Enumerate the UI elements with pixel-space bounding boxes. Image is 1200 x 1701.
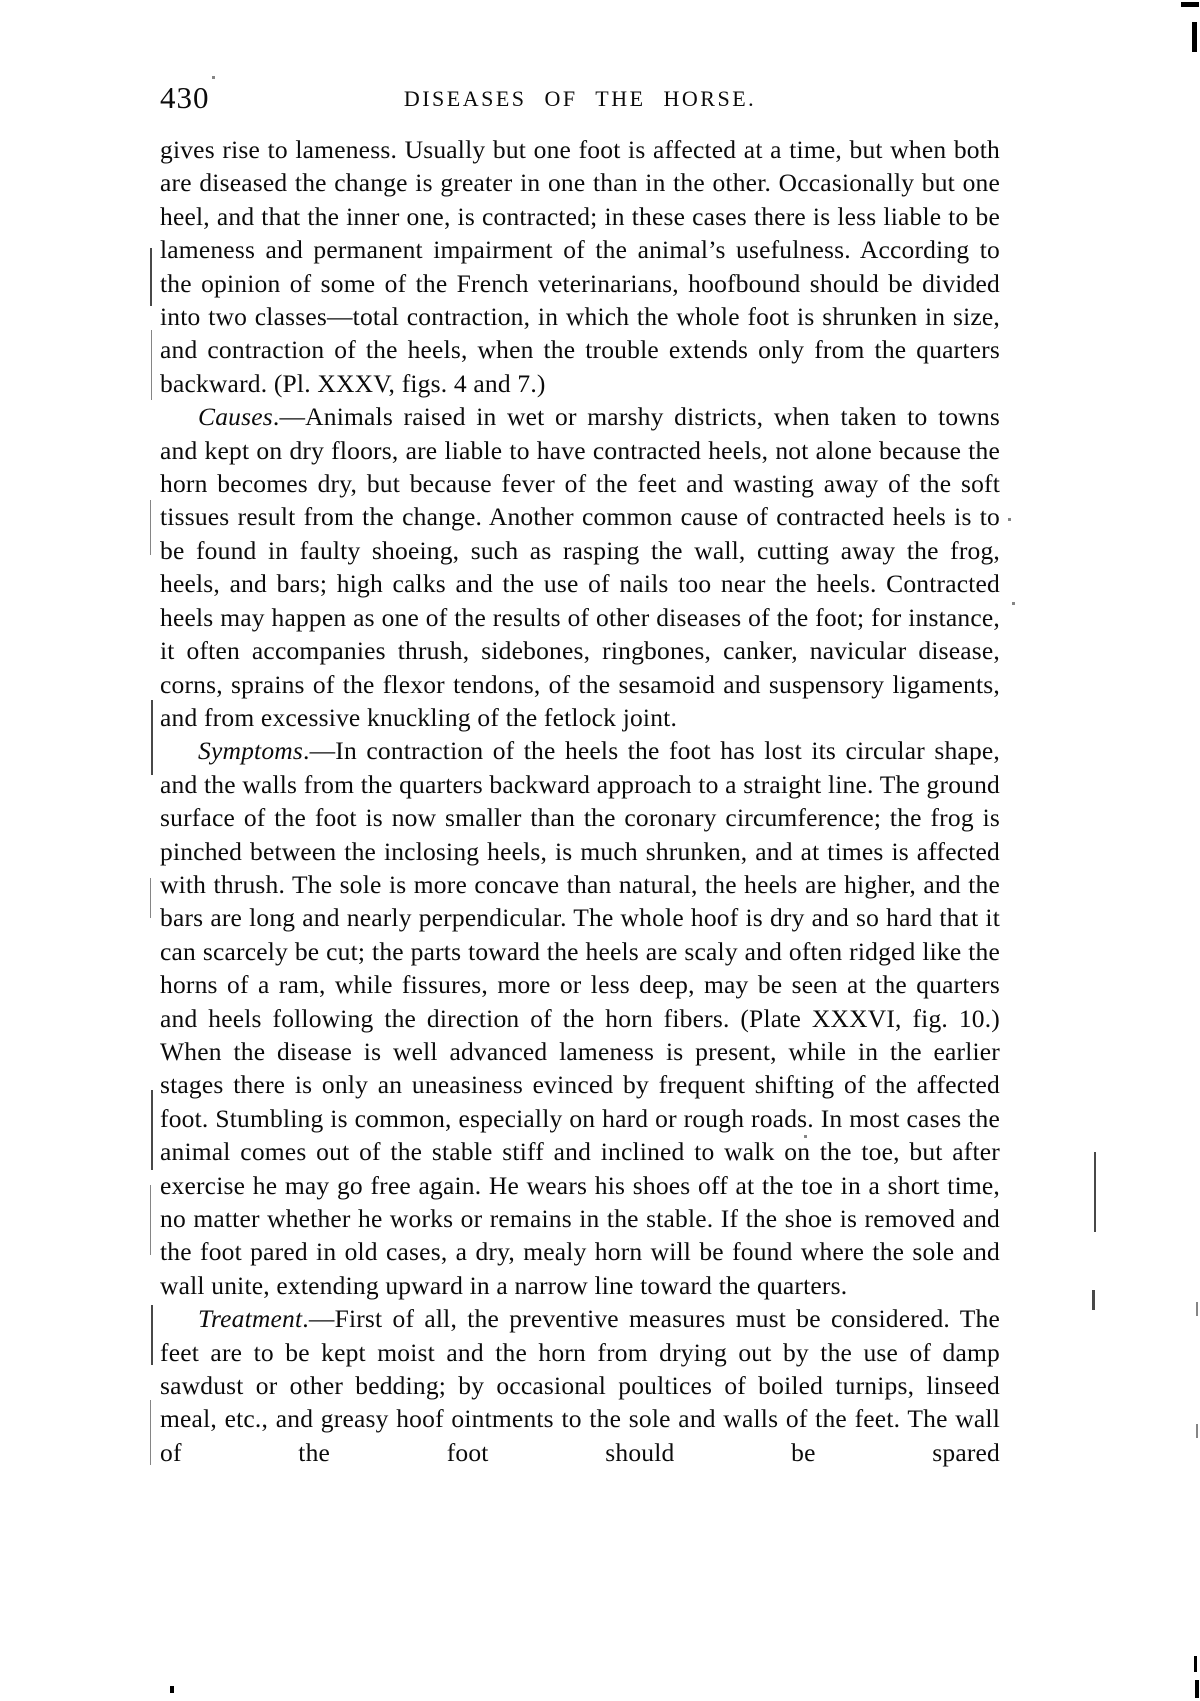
scan-artifact-left-edge [151, 700, 153, 775]
scanned-book-page: 430 DISEASES OF THE HORSE. gives rise to… [0, 0, 1200, 1701]
page-number: 430 [160, 80, 210, 116]
scan-artifact-right-line [1094, 1152, 1096, 1232]
scan-artifact-right-mark [1194, 1656, 1197, 1672]
scan-artifact-left-edge [151, 330, 152, 400]
scan-artifact-corner-mark [1181, 2, 1199, 7]
paragraph-lead: Causes [198, 402, 273, 431]
paragraph-separator: .— [273, 402, 305, 431]
scan-artifact-dot [804, 1135, 807, 1138]
paragraph-separator: .— [303, 736, 335, 765]
scan-artifact-right-mark [1092, 1290, 1095, 1310]
scan-artifact-left-edge [150, 1400, 151, 1465]
paragraph-lead: Symptoms [198, 736, 303, 765]
paragraph: Causes.—Animals raised in wet or marshy … [160, 400, 1000, 734]
scan-artifact-corner-tick [1192, 22, 1197, 52]
paragraph-body: Animals raised in wet or marshy district… [160, 402, 1000, 732]
scan-artifact-left-edge [151, 1305, 153, 1365]
scan-artifact-left-edge [150, 248, 152, 306]
scan-artifact-left-edge [150, 878, 151, 918]
scan-artifact-left-edge [150, 500, 151, 555]
paragraph-lead: Treatment [198, 1304, 302, 1333]
paragraph-body: In contraction of the heels the foot has… [160, 736, 1000, 1300]
scan-artifact-dot [1012, 602, 1015, 605]
paragraph: Symptoms.—In contraction of the heels th… [160, 734, 1000, 1302]
scan-artifact-right-mark [1196, 1424, 1198, 1438]
scan-artifact-right-mark [1196, 1302, 1198, 1316]
scan-artifact-dot [1008, 518, 1011, 521]
scan-artifact-left-edge [151, 1090, 153, 1170]
paragraph-body: gives rise to lameness. Usually but one … [160, 135, 1000, 398]
scan-artifact-dot [170, 1686, 174, 1693]
scan-artifact-right-mark [1195, 1680, 1199, 1698]
page-header: 430 DISEASES OF THE HORSE. [160, 82, 1000, 118]
paragraph: Treatment.—First of all, the preventive … [160, 1302, 1000, 1469]
scan-artifact-left-edge [150, 1185, 151, 1255]
paragraph-separator: .— [302, 1304, 334, 1333]
scan-artifact-dot [212, 76, 215, 79]
body-text: gives rise to lameness. Usually but one … [160, 133, 1000, 1469]
paragraph: gives rise to lameness. Usually but one … [160, 133, 1000, 400]
running-header: DISEASES OF THE HORSE. [160, 82, 1000, 112]
